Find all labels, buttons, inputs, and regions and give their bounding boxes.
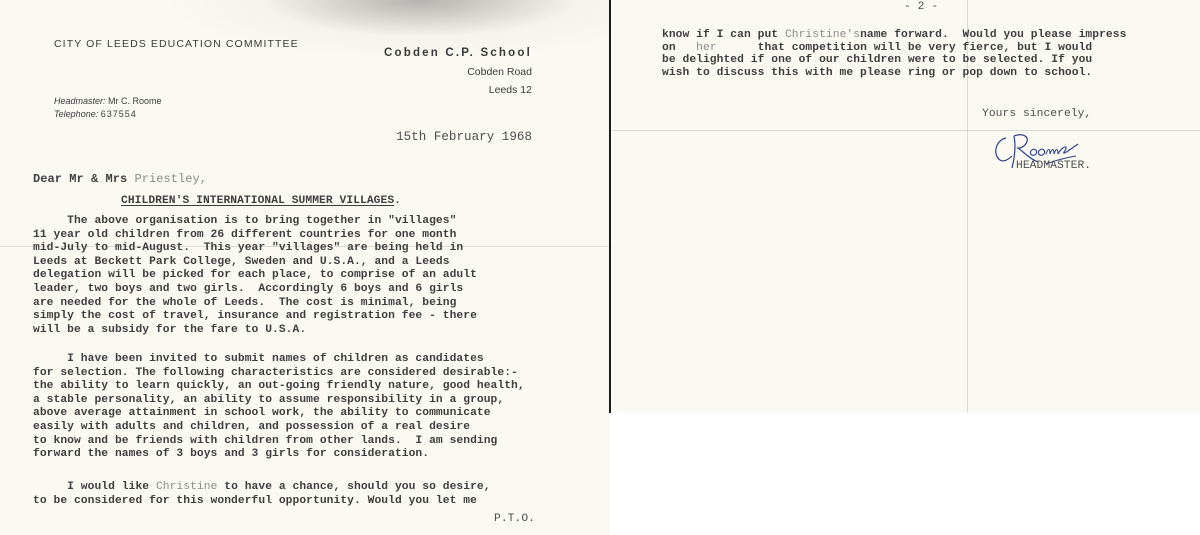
salutation-prefix: Dear Mr & Mrs bbox=[33, 172, 127, 186]
school-address-line2: Leeds 12 bbox=[489, 84, 532, 96]
pronoun: her bbox=[696, 42, 717, 54]
paragraph-line: for selection. The following characteris… bbox=[33, 367, 518, 379]
line-text: simply the cost of travel, insurance and… bbox=[33, 310, 477, 322]
line-text: Leeds at Beckett Park College, Sweden an… bbox=[33, 256, 450, 268]
p2-line1-post: name forward. Would you please impress bbox=[860, 29, 1126, 41]
line-text: mid-July to mid-August. This year "villa… bbox=[33, 242, 463, 254]
paragraph-line: a stable personality, an ability to assu… bbox=[33, 394, 504, 406]
line-text: above average attainment in school work,… bbox=[33, 407, 491, 419]
paragraph-line: the ability to learn quickly, an out-goi… bbox=[33, 380, 525, 392]
signatory-title: HEADMASTER. bbox=[1016, 160, 1091, 172]
paragraph-3-line-1: I would like Christine to have a chance,… bbox=[33, 481, 491, 493]
page2-line-1: know if I can put Christine'sname forwar… bbox=[662, 29, 1126, 41]
line-text: to know and be friends with children fro… bbox=[33, 435, 497, 447]
subject-period: . bbox=[394, 195, 401, 207]
paragraph-line: are needed for the whole of Leeds. The c… bbox=[33, 297, 456, 309]
line-text: easily with adults and children, and pos… bbox=[33, 421, 470, 433]
headmaster-label: Headmaster: bbox=[54, 96, 106, 106]
salutation-name: Priestley, bbox=[135, 172, 208, 186]
page-number: - 2 - bbox=[904, 1, 938, 13]
subject-text: CHILDREN'S INTERNATIONAL SUMMER VILLAGES bbox=[121, 195, 394, 207]
p2-line3-text: be delighted if one of our children were… bbox=[662, 54, 1092, 66]
page2-line-2: on her that competition will be very fie… bbox=[662, 42, 1092, 54]
child-name: Christine bbox=[156, 481, 217, 493]
page2-line-4: wish to discuss this with me please ring… bbox=[662, 67, 1092, 79]
paragraph-line: simply the cost of travel, insurance and… bbox=[33, 310, 477, 322]
line-text: a stable personality, an ability to assu… bbox=[33, 394, 504, 406]
paragraph-line: forward the names of 3 boys and 3 girls … bbox=[33, 448, 429, 460]
school-name: Cobden C.P. School bbox=[384, 47, 532, 59]
p2-line2-post: that competition will be very fierce, bu… bbox=[717, 42, 1093, 54]
line-text: The above organisation is to bring toget… bbox=[33, 215, 456, 227]
p2-line4-text: wish to discuss this with me please ring… bbox=[662, 67, 1092, 79]
paragraph-line: will be a subsidy for the fare to U.S.A. bbox=[33, 324, 306, 336]
paragraph-line: easily with adults and children, and pos… bbox=[33, 421, 470, 433]
paragraph-line: delegation will be picked for each place… bbox=[33, 269, 477, 281]
line-text: forward the names of 3 boys and 3 girls … bbox=[33, 448, 429, 460]
p2-line1-pre: know if I can put bbox=[662, 29, 785, 41]
line-text: delegation will be picked for each place… bbox=[33, 269, 477, 281]
paragraph-line: I have been invited to submit names of c… bbox=[33, 353, 484, 365]
page-divider bbox=[609, 0, 611, 413]
headmaster-name: Mr C. Roome bbox=[108, 96, 162, 106]
pto-note: P.T.O. bbox=[494, 513, 535, 525]
child-name-possessive: Christine's bbox=[785, 29, 860, 41]
closing: Yours sincerely, bbox=[982, 108, 1091, 120]
line-text: will be a subsidy for the fare to U.S.A. bbox=[33, 324, 306, 336]
paragraph-line: Leeds at Beckett Park College, Sweden an… bbox=[33, 256, 450, 268]
p3-text-pre: I would like bbox=[33, 481, 156, 493]
line-text: are needed for the whole of Leeds. The c… bbox=[33, 297, 456, 309]
page2-line-3: be delighted if one of our children were… bbox=[662, 54, 1092, 66]
salutation: Dear Mr & Mrs Priestley, bbox=[33, 172, 207, 186]
telephone-label: Telephone: bbox=[54, 109, 98, 119]
line-text: I have been invited to submit names of c… bbox=[33, 353, 484, 365]
line-text: for selection. The following characteris… bbox=[33, 367, 518, 379]
paragraph-line: to know and be friends with children fro… bbox=[33, 435, 497, 447]
committee-heading: CITY OF LEEDS EDUCATION COMMITTEE bbox=[54, 38, 299, 50]
paragraph-line: leader, two boys and two girls. Accordin… bbox=[33, 283, 463, 295]
p3-text-post: to have a chance, should you so desire, bbox=[217, 481, 490, 493]
paragraph-line: mid-July to mid-August. This year "villa… bbox=[33, 242, 463, 254]
paragraph-line: above average attainment in school work,… bbox=[33, 407, 491, 419]
paragraph-3-line-2: to be considered for this wonderful oppo… bbox=[33, 495, 477, 507]
letter-date: 15th February 1968 bbox=[396, 130, 532, 144]
telephone-number: 637554 bbox=[101, 109, 137, 119]
paragraph-line: 11 year old children from 26 different c… bbox=[33, 229, 456, 241]
paragraph-line: The above organisation is to bring toget… bbox=[33, 215, 456, 227]
line-text: leader, two boys and two girls. Accordin… bbox=[33, 283, 463, 295]
line-text: 11 year old children from 26 different c… bbox=[33, 229, 456, 241]
headmaster-line: Headmaster: Mr C. Roome bbox=[54, 96, 162, 106]
school-address-line1: Cobden Road bbox=[467, 66, 532, 78]
subject-heading: CHILDREN'S INTERNATIONAL SUMMER VILLAGES… bbox=[121, 195, 401, 207]
line-text: the ability to learn quickly, an out-goi… bbox=[33, 380, 525, 392]
letter-page-2: - 2 - know if I can put Christine'sname … bbox=[612, 0, 1200, 413]
p2-line2-pre: on bbox=[662, 42, 696, 54]
paper-fold-line bbox=[612, 130, 1200, 131]
p3-line2-text: to be considered for this wonderful oppo… bbox=[33, 495, 477, 507]
letter-page-1: CITY OF LEEDS EDUCATION COMMITTEE Cobden… bbox=[0, 0, 610, 535]
telephone-line: Telephone: 637554 bbox=[54, 109, 137, 119]
